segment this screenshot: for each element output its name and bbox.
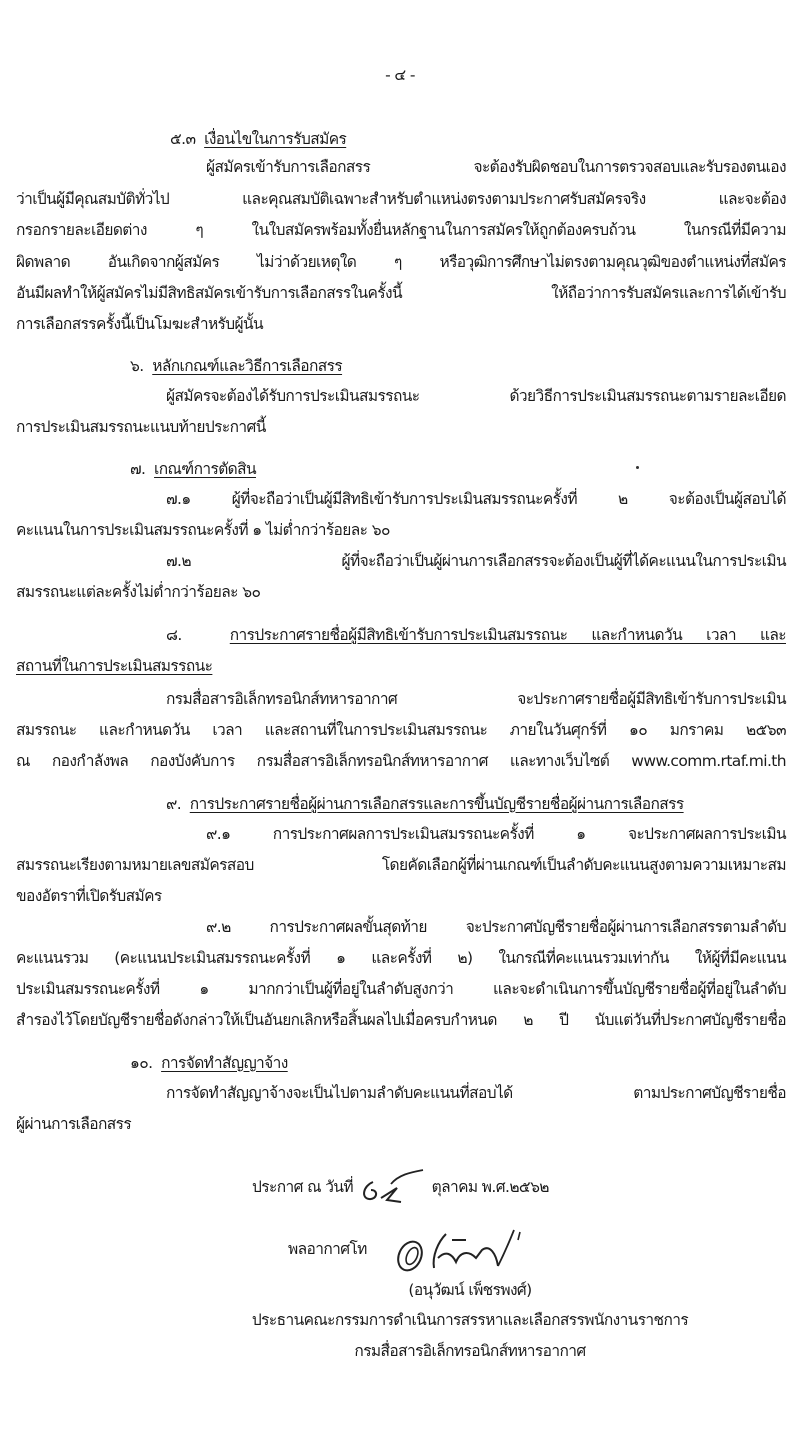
paragraph-line: ๗.๒ ผู้ที่จะถือว่าเป็นผู้ผ่านการเลือกสรร…	[166, 550, 786, 572]
paragraph-line: สมรรถนะ และกำหนดวัน เวลา และสถานที่ในการ…	[16, 719, 786, 741]
paragraph-line: ผู้สมัครเข้ารับการเลือกสรร จะต้องรับผิดช…	[206, 156, 786, 178]
paragraph-line: กรอกรายละเอียดต่าง ๆ ในใบสมัครพร้อมทั้งย…	[16, 219, 786, 241]
section-number: ๗.	[130, 460, 145, 478]
paragraph-line: สมรรถนะแต่ละครั้งไม่ต่ำกว่าร้อยละ ๖๐	[16, 581, 260, 603]
section-10-heading: ๑๐. การจัดทำสัญญาจ้าง	[130, 1052, 288, 1074]
section-number: ๙.	[166, 795, 181, 813]
section-title: เงื่อนไขในการรับสมัคร	[204, 130, 346, 148]
signature-icon	[394, 1228, 534, 1278]
paragraph-line: ๙.๒ การประกาศผลขั้นสุดท้าย จะประกาศบัญชี…	[206, 916, 786, 938]
paragraph-line: ณ กองกำลังพล กองบังคับการ กรมสื่อสารอิเล…	[16, 750, 786, 772]
section-title: การประกาศรายชื่อผู้มีสิทธิเข้ารับการประเ…	[230, 626, 786, 644]
paragraph-line: ผู้ผ่านการเลือกสรร	[16, 1113, 131, 1135]
paragraph-line: สำรองไว้โดยบัญชีรายชื่อดังกล่าวให้เป็นอั…	[16, 1009, 786, 1031]
paragraph-line: ผู้สมัครจะต้องได้รับการประเมินสมรรถนะ ด้…	[166, 385, 786, 407]
section-9-heading: ๙. การประกาศรายชื่อผู้ผ่านการเลือกสรรและ…	[166, 793, 684, 815]
section-5-3-heading: ๕.๓ เงื่อนไขในการรับสมัคร	[170, 128, 346, 150]
paragraph-line: การจัดทำสัญญาจ้างจะเป็นไปตามลำดับคะแนนที…	[166, 1082, 786, 1104]
paragraph-line: ว่าเป็นผู้มีคุณสมบัติทั่วไป และคุณสมบัติ…	[16, 188, 786, 210]
paragraph-line: การเลือกสรรครั้งนี้เป็นโมฆะสำหรับผู้นั้น	[16, 313, 263, 335]
section-number: ๘.	[166, 626, 182, 644]
paragraph-line: ๗.๑ ผู้ที่จะถือว่าเป็นผู้มีสิทธิเข้ารับก…	[166, 488, 786, 510]
paragraph-line: กรมสื่อสารอิเล็กทรอนิกส์ทหารอากาศ จะประก…	[166, 688, 786, 710]
section-number: ๑๐.	[130, 1054, 152, 1072]
section-title: การจัดทำสัญญาจ้าง	[161, 1054, 288, 1072]
handwritten-day-icon	[357, 1168, 427, 1208]
section-number: ๖.	[130, 357, 144, 375]
paragraph-line: ผิดพลาด อันเกิดจากผู้สมัคร ไม่ว่าด้วยเหต…	[16, 251, 786, 273]
signer-position: ประธานคณะกรรมการดำเนินการสรรหาและเลือกสร…	[200, 1309, 740, 1331]
paragraph-line: คะแนนรวม (คะแนนประเมินสมรรถนะครั้งที่ ๑ …	[16, 947, 786, 969]
section-title: การประกาศรายชื่อผู้ผ่านการเลือกสรรและการ…	[190, 795, 684, 813]
section-title: หลักเกณฑ์และวิธีการเลือกสรร	[152, 357, 342, 375]
paragraph-line: ของอัตราที่เปิดรับสมัคร	[16, 885, 162, 907]
paragraph-line: สมรรถนะเรียงตามหมายเลขสมัครสอบ โดยคัดเลื…	[16, 854, 786, 876]
paragraph-line: การประเมินสมรรถนะแนบท้ายประกาศนี้	[16, 416, 266, 438]
signer-department: กรมสื่อสารอิเล็กทรอนิกส์ทหารอากาศ	[200, 1340, 740, 1362]
announcement-prefix: ประกาศ ณ วันที่	[252, 1178, 353, 1196]
page-number: - ๔ -	[0, 64, 800, 86]
section-title-continued: สถานที่ในการประเมินสมรรถนะ	[16, 655, 212, 677]
stray-dot	[636, 466, 639, 469]
section-8-heading: ๘. การประกาศรายชื่อผู้มีสิทธิเข้ารับการป…	[166, 624, 786, 646]
section-title: เกณฑ์การตัดสิน	[154, 460, 256, 478]
signer-name: (อนุวัฒน์ เพ็ชรพงศ์)	[300, 1279, 640, 1301]
announcement-month-year: ตุลาคม พ.ศ.๒๕๖๒	[432, 1178, 549, 1196]
paragraph-line: ประเมินสมรรถนะครั้งที่ ๑ มากกว่าเป็นผู้ท…	[16, 978, 786, 1000]
announcement-date: ประกาศ ณ วันที่ ตุลาคม พ.ศ.๒๕๖๒	[252, 1176, 549, 1198]
section-6-heading: ๖. หลักเกณฑ์และวิธีการเลือกสรร	[130, 355, 342, 377]
paragraph-line: อันมีผลทำให้ผู้สมัครไม่มีสิทธิสมัครเข้าร…	[16, 282, 786, 304]
section-number: ๕.๓	[170, 130, 195, 148]
signer-rank: พลอากาศโท	[288, 1238, 367, 1260]
document-page: - ๔ - ๕.๓ เงื่อนไขในการรับสมัคร ผู้สมัคร…	[0, 0, 800, 1432]
paragraph-line: ๙.๑ การประกาศผลการประเมินสมรรถนะครั้งที่…	[206, 823, 786, 845]
section-7-heading: ๗. เกณฑ์การตัดสิน	[130, 458, 256, 480]
paragraph-line: คะแนนในการประเมินสมรรถนะครั้งที่ ๑ ไม่ต่…	[16, 519, 390, 541]
